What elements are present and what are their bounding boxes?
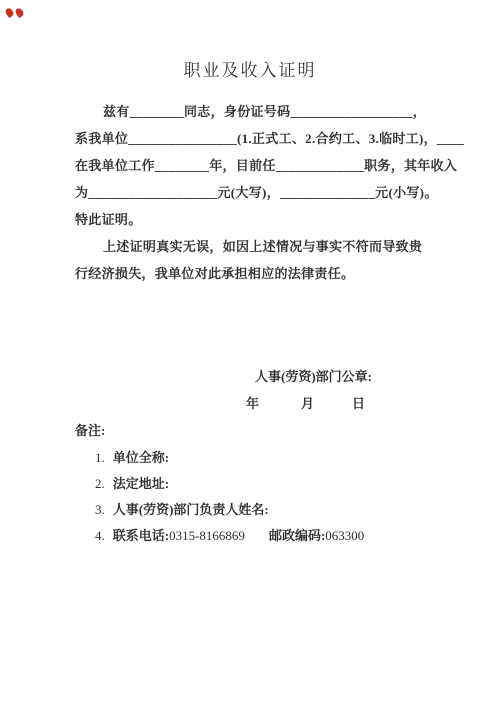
body-line-liability-2: 行经济损失，我单位对此承担相应的法律责任。 [75, 265, 354, 282]
date-day-label: 日 [352, 393, 365, 412]
note-item-label: 人事(劳资)部门负责人姓名: [113, 502, 269, 517]
note-number: 4. [95, 528, 105, 543]
body-line-hereby-certify: 特此证明。 [75, 211, 142, 228]
body-line-work-unit-type: 系我单位________________(1.正式工、2.合约工、3.临时工)，… [75, 130, 464, 147]
certificate-document-page: 职业及收入证明 兹有________同志，身份证号码______________… [0, 0, 500, 708]
note-item-company-name: 1.单位全称: [95, 447, 169, 466]
contact-phone-value: 0315-8166869 [169, 528, 245, 543]
note-item-label: 法定地址: [113, 476, 169, 491]
notes-section-label: 备注: [75, 420, 105, 439]
postal-code-value: 063300 [325, 528, 364, 543]
date-year-label: 年 [246, 393, 259, 412]
contact-phone-label: 联系电话: [113, 528, 169, 543]
postal-code-label: 邮政编码: [269, 528, 325, 543]
hr-department-seal-label: 人事(劳资)部门公章: [255, 366, 372, 385]
note-item-contact-info: 4.联系电话:0315-8166869邮政编码:063300 [95, 525, 364, 544]
body-line-liability-1: 上述证明真实无误，如因上述情况与事实不符而导致贵 [75, 238, 422, 255]
note-number: 1. [95, 450, 105, 465]
note-number: 2. [95, 476, 105, 491]
red-corner-marks-icon [6, 4, 30, 16]
note-number: 3. [95, 502, 105, 517]
body-line-years-position: 在我单位工作________年，目前任_____________职务，其年收入 [75, 157, 457, 174]
body-line-name-and-id: 兹有________同志，身份证号码__________________， [75, 103, 426, 120]
page-title: 职业及收入证明 [0, 56, 500, 81]
date-month-label: 月 [301, 393, 314, 412]
note-item-hr-manager-name: 3.人事(劳资)部门负责人姓名: [95, 499, 269, 518]
body-line-income-amounts: 为___________________元(大写)，______________… [75, 184, 438, 201]
note-item-legal-address: 2.法定地址: [95, 473, 169, 492]
note-item-label: 单位全称: [113, 450, 169, 465]
